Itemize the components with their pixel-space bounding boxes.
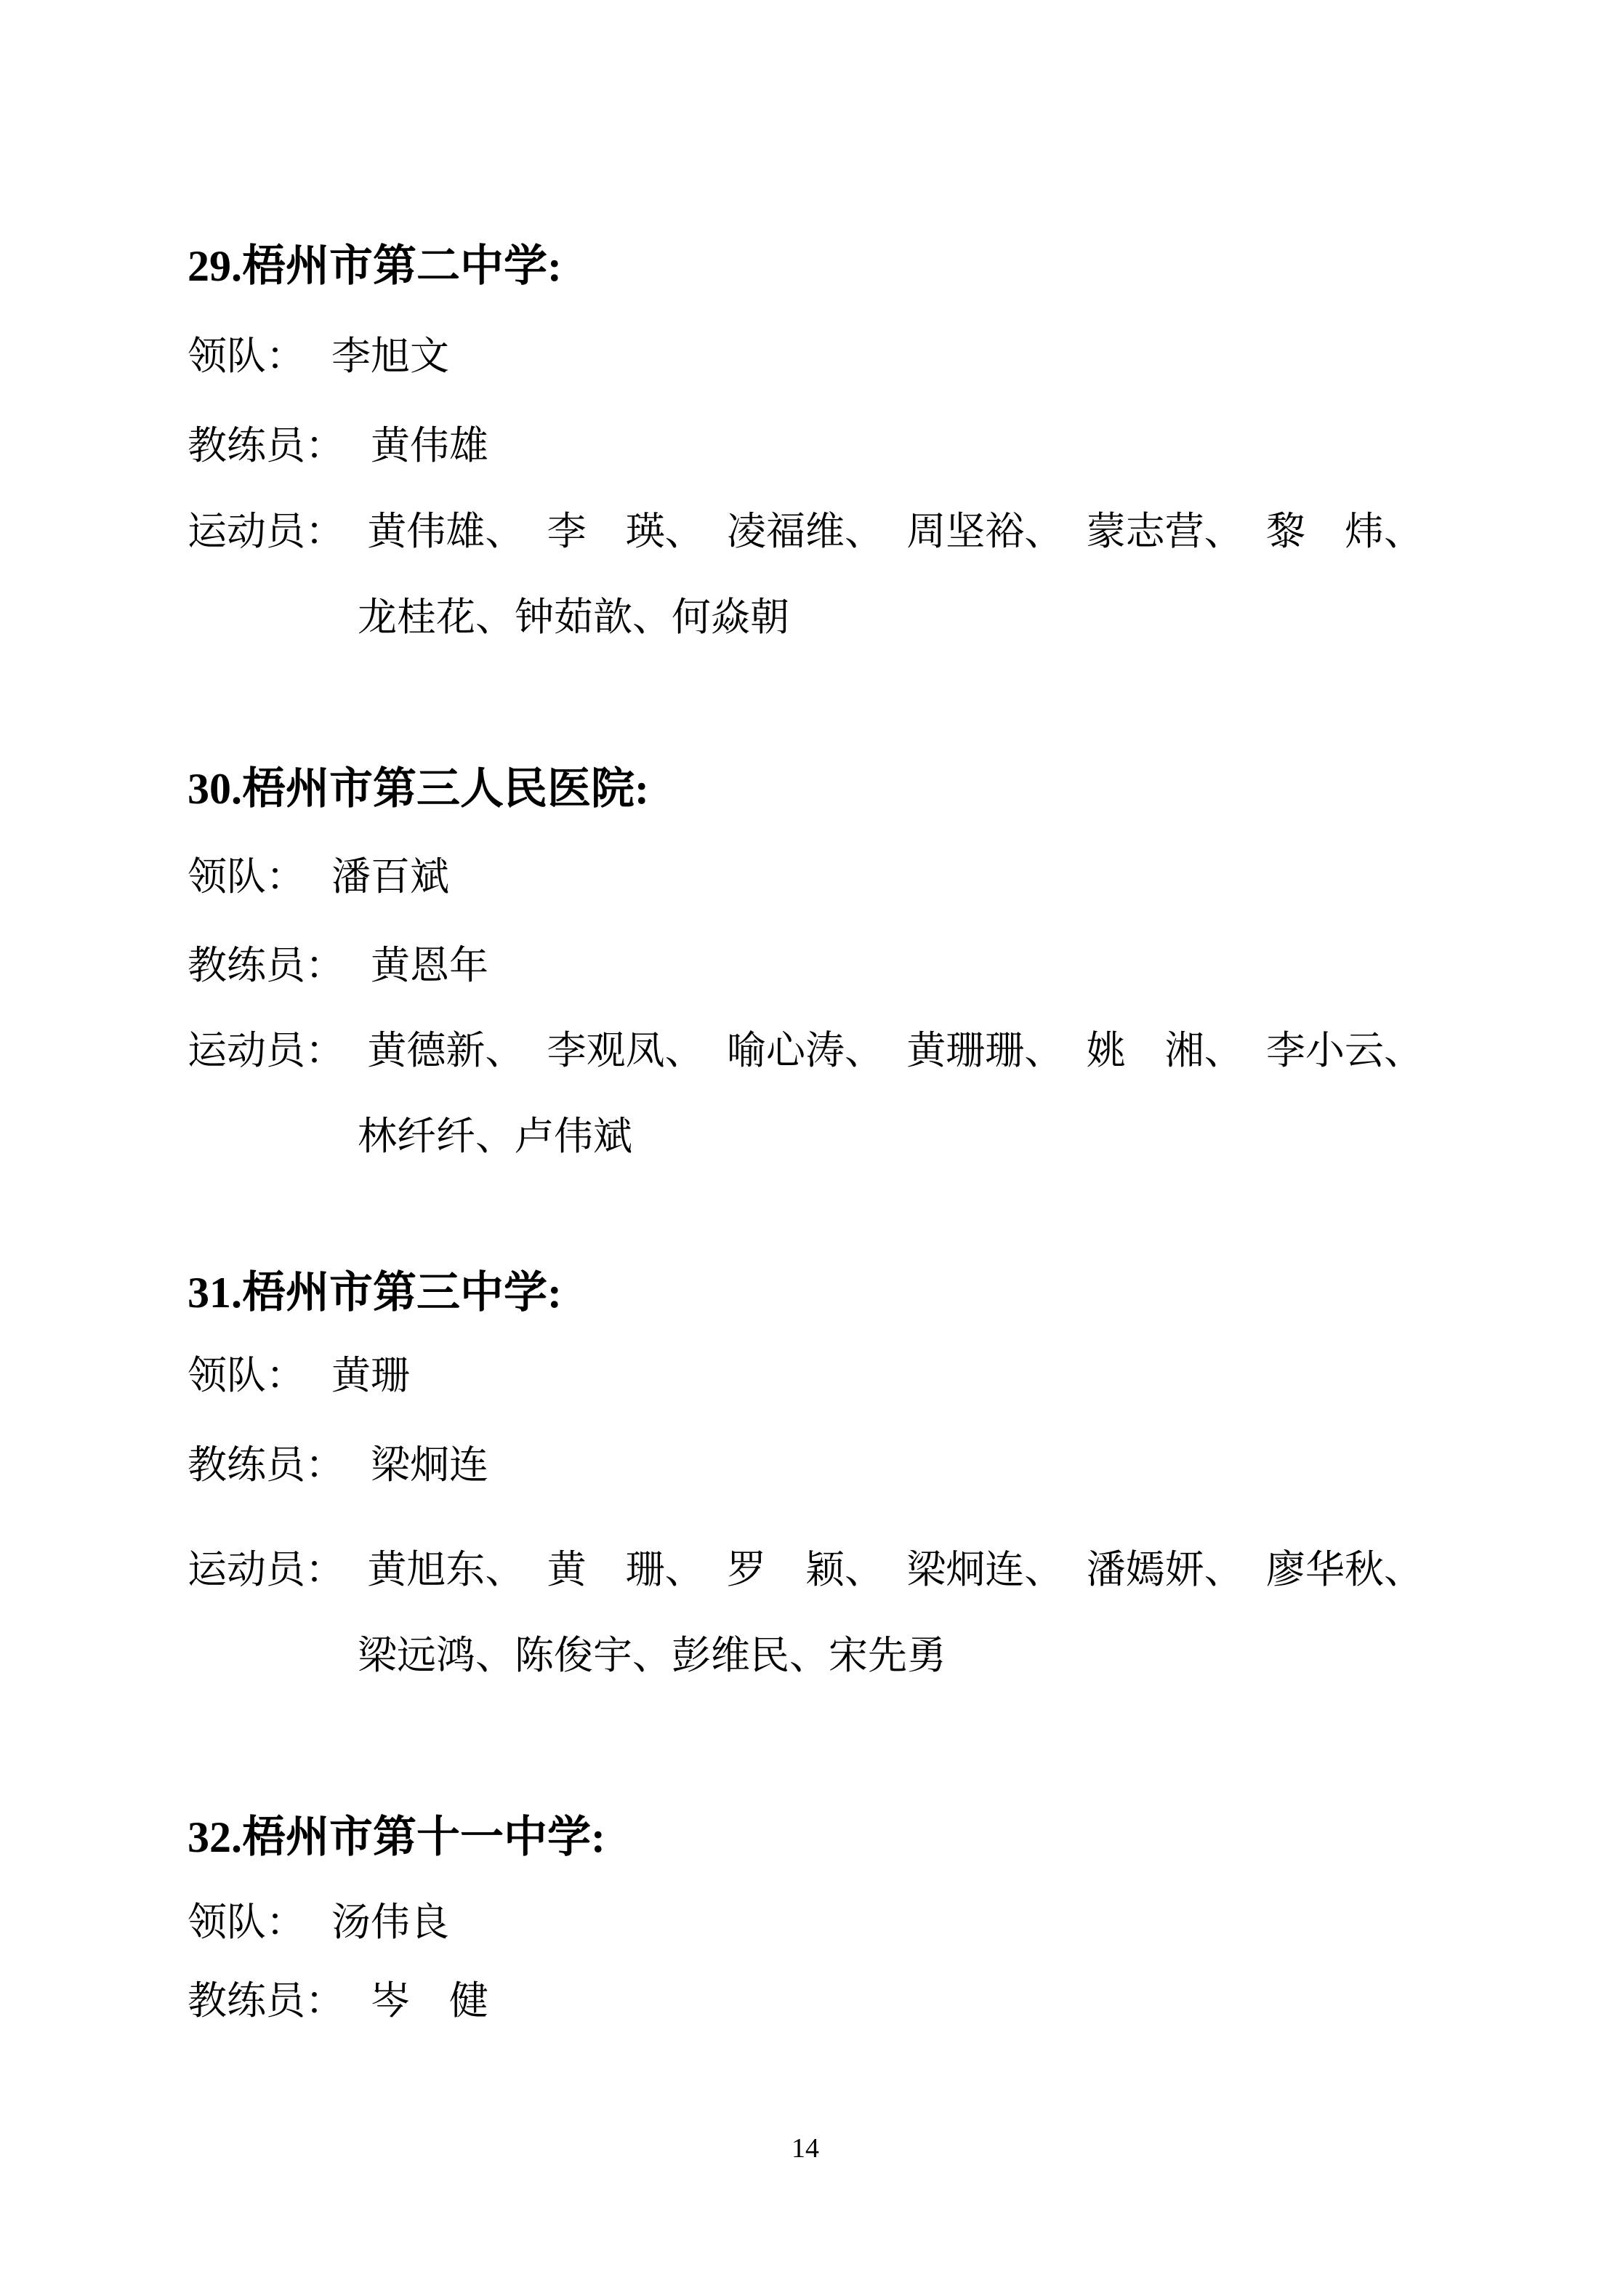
athletes-line2-31: 梁远鸿、陈俊宇、彭维民、宋先勇	[358, 1613, 946, 1698]
athlete-name: 潘嫣妍、	[1087, 1527, 1244, 1613]
athletes-line1-29: 运动员：黄伟雄、李 瑛、凌福维、周坚裕、蒙志营、黎 炜、	[188, 489, 1423, 574]
athlete-name: 蒙志营、	[1087, 489, 1244, 574]
leader-label: 领队：	[188, 1900, 305, 1944]
athlete-name: 李观凤、	[547, 1008, 704, 1093]
athlete-name: 黄德新、	[367, 1008, 524, 1093]
athlete-name: 黎 炜、	[1266, 489, 1423, 574]
coach-line-30: 教练员：黄恩年	[188, 939, 488, 992]
page-number: 14	[188, 2132, 1423, 2165]
athlete-name: 凌福维、	[727, 489, 884, 574]
coach-line-31: 教练员：梁炯连	[188, 1439, 488, 1491]
team-heading-31: 31.梧州市第三中学:	[188, 1265, 562, 1320]
athlete-name: 黄伟雄、	[367, 489, 524, 574]
coach-line-29: 教练员：黄伟雄	[188, 420, 488, 472]
coach-name: 岑 健	[371, 1979, 488, 2023]
athlete-name: 李小云、	[1266, 1008, 1423, 1093]
athletes-line2-29: 龙桂花、钟茹歆、何焱朝	[358, 574, 789, 660]
athlete-name: 李 瑛、	[547, 489, 704, 574]
page-content: 29.梧州市第二中学: 领队：李旭文 教练员：黄伟雄 运动员：黄伟雄、李 瑛、凌…	[188, 0, 1423, 2296]
team-heading-32: 32.梧州市第十一中学:	[188, 1810, 605, 1865]
leader-name: 李旭文	[331, 334, 449, 378]
athletes-line1-31: 运动员：黄旭东、黄 珊、罗 颖、梁炯连、潘嫣妍、廖华秋、	[188, 1527, 1423, 1613]
leader-label: 领队：	[188, 334, 305, 378]
team-heading-30: 30.梧州市第三人民医院:	[188, 761, 649, 816]
athlete-name: 周坚裕、	[906, 489, 1063, 574]
athlete-name: 廖华秋、	[1266, 1527, 1423, 1613]
athlete-name: 黄 珊、	[547, 1527, 704, 1613]
athlete-name: 喻心涛、	[727, 1008, 884, 1093]
leader-line-30: 领队：潘百斌	[188, 851, 449, 903]
leader-name: 汤伟良	[331, 1900, 449, 1944]
leader-name: 潘百斌	[331, 855, 449, 899]
leader-label: 领队：	[188, 855, 305, 899]
coach-label: 教练员：	[188, 424, 345, 467]
athletes-label: 运动员：	[188, 489, 345, 574]
athlete-name: 梁炯连、	[906, 1527, 1063, 1613]
coach-label: 教练员：	[188, 944, 345, 987]
leader-name: 黄珊	[331, 1354, 410, 1397]
athlete-name: 姚 湘、	[1087, 1008, 1244, 1093]
athletes-label: 运动员：	[188, 1527, 345, 1613]
coach-name: 梁炯连	[371, 1443, 488, 1487]
athletes-line1-30: 运动员：黄德新、李观凤、喻心涛、黄珊珊、姚 湘、李小云、	[188, 1008, 1423, 1093]
athlete-name: 黄旭东、	[367, 1527, 524, 1613]
team-heading-29: 29.梧州市第二中学:	[188, 238, 562, 294]
athletes-line2-30: 林纤纤、卢伟斌	[358, 1093, 632, 1179]
leader-line-32: 领队：汤伟良	[188, 1896, 449, 1948]
coach-label: 教练员：	[188, 1443, 345, 1487]
leader-line-31: 领队：黄珊	[188, 1349, 410, 1402]
athlete-name: 罗 颖、	[727, 1527, 884, 1613]
document-page: 29.梧州市第二中学: 领队：李旭文 教练员：黄伟雄 运动员：黄伟雄、李 瑛、凌…	[0, 0, 1623, 2296]
athletes-label: 运动员：	[188, 1008, 345, 1093]
coach-line-32: 教练员：岑 健	[188, 1975, 488, 2027]
leader-label: 领队：	[188, 1354, 305, 1397]
coach-name: 黄伟雄	[371, 424, 488, 467]
coach-name: 黄恩年	[371, 944, 488, 987]
coach-label: 教练员：	[188, 1979, 345, 2023]
leader-line-29: 领队：李旭文	[188, 330, 449, 382]
athlete-name: 黄珊珊、	[906, 1008, 1063, 1093]
